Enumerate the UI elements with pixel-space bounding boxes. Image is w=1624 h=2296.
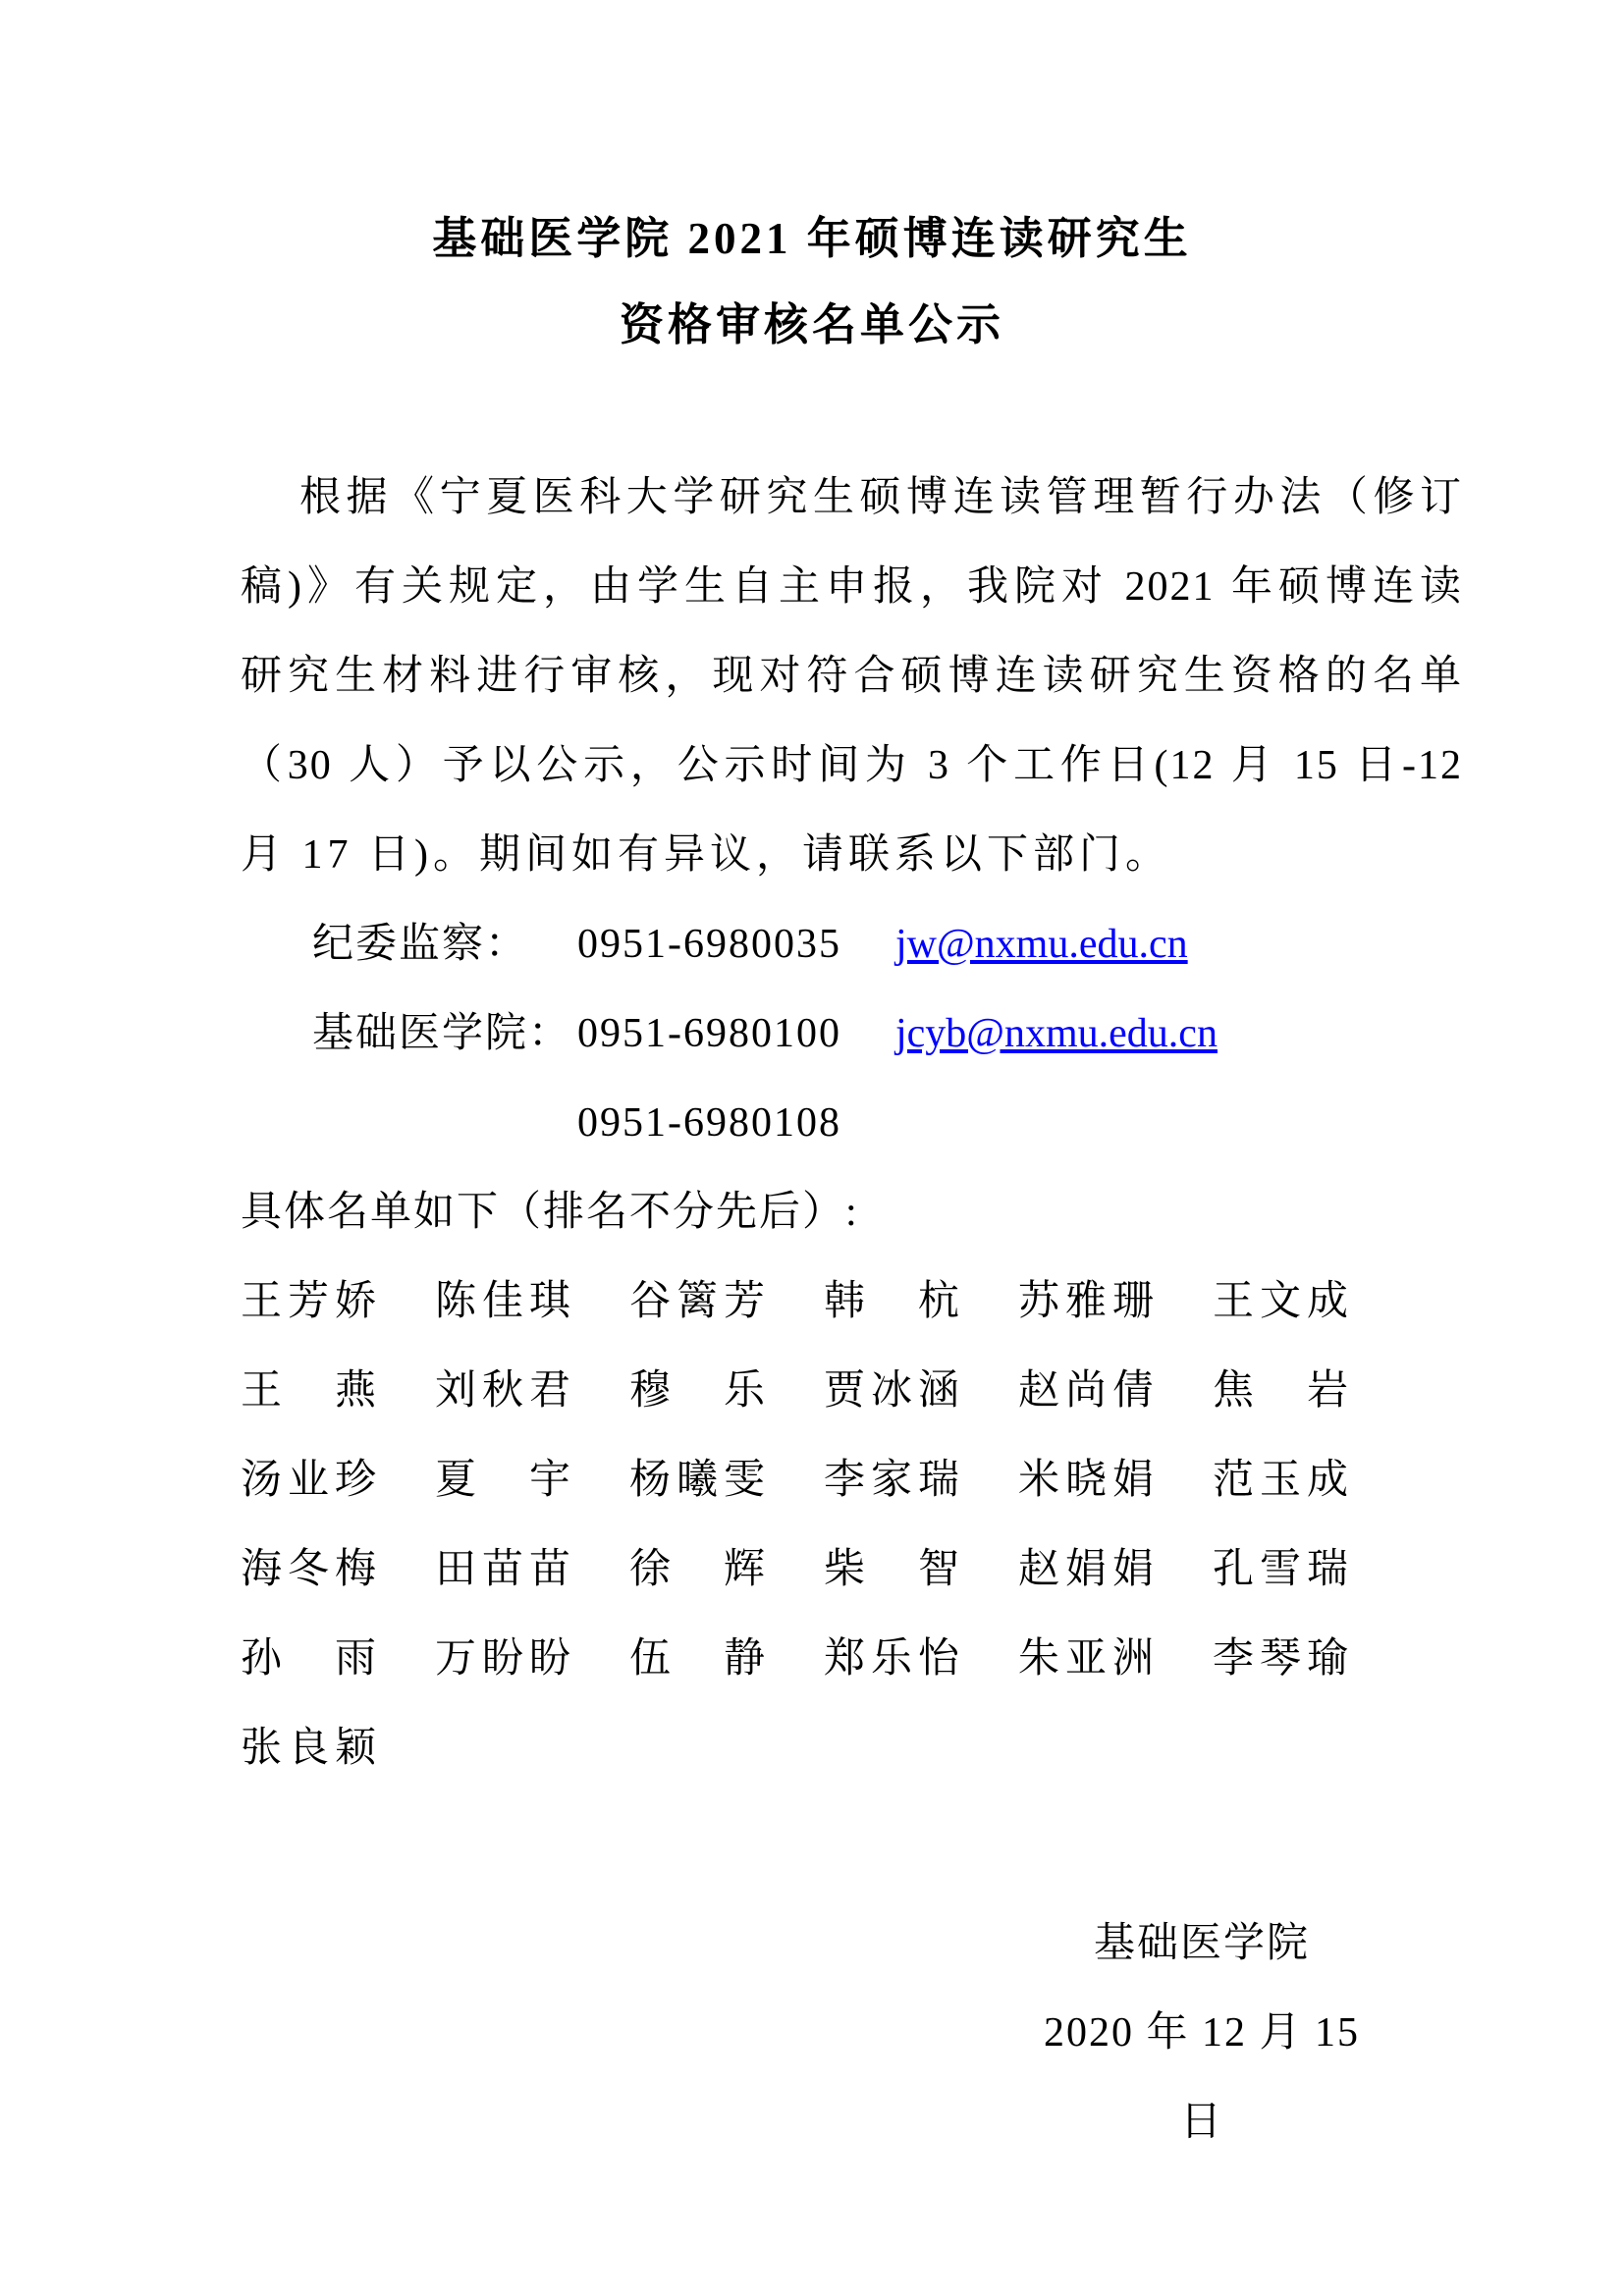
contact-label xyxy=(312,1079,577,1168)
paragraph-line-5: 月 17 日)。期间如有异议，请联系以下部门。 xyxy=(241,811,1463,900)
signature-date: 2020 年 12 月 15 日 xyxy=(1019,1989,1384,2167)
student-name: 徐 辉 xyxy=(629,1525,765,1615)
student-name: 陈佳琪 xyxy=(435,1257,570,1347)
contact-row-extra-phone: 0951-6980108 xyxy=(241,1079,1463,1168)
student-name: 万盼盼 xyxy=(435,1615,570,1704)
contact-label: 基础医学院： xyxy=(312,989,577,1079)
student-name: 郑乐怡 xyxy=(824,1615,959,1704)
student-name xyxy=(1213,1704,1348,1793)
student-name: 米晓娟 xyxy=(1018,1436,1154,1525)
student-name: 杨曦雯 xyxy=(629,1436,765,1525)
student-name xyxy=(824,1704,959,1793)
student-name: 苏雅珊 xyxy=(1018,1257,1154,1347)
student-name: 穆 乐 xyxy=(629,1347,765,1436)
paragraph-line-2: 稿)》有关规定，由学生自主申报，我院对 2021 年硕博连读 xyxy=(241,543,1463,632)
student-name: 李家瑞 xyxy=(824,1436,959,1525)
title-line-1: 基础医学院 2021 年硕博连读研究生 xyxy=(0,195,1624,282)
contact-row-jiwei: 纪委监察： 0951-6980035 jw@nxmu.edu.cn xyxy=(241,900,1463,989)
student-name: 王 燕 xyxy=(241,1347,376,1436)
name-row: 汤业珍 夏 宇 杨曦雯 李家瑞 米晓娟 范玉成 xyxy=(241,1436,1463,1525)
list-intro: 具体名单如下（排名不分先后）: xyxy=(241,1168,1463,1257)
body-paragraph: 根据《宁夏医科大学研究生硕博连读管理暂行办法（修订 稿)》有关规定，由学生自主申… xyxy=(241,454,1463,900)
student-name: 王文成 xyxy=(1213,1257,1348,1347)
name-row: 海冬梅 田苗苗 徐 辉 柴 智 赵娟娟 孔雪瑞 xyxy=(241,1525,1463,1615)
student-name: 范玉成 xyxy=(1213,1436,1348,1525)
signature: 基础医学院 xyxy=(1019,1899,1384,1989)
student-name: 韩 杭 xyxy=(824,1257,959,1347)
student-name: 赵娟娟 xyxy=(1018,1525,1154,1615)
name-row: 孙 雨 万盼盼 伍 静 郑乐怡 朱亚洲 李琴瑜 xyxy=(241,1615,1463,1704)
document-title: 基础医学院 2021 年硕博连读研究生 资格审核名单公示 xyxy=(0,195,1624,368)
student-name: 田苗苗 xyxy=(435,1525,570,1615)
contact-phone: 0951-6980035 xyxy=(577,900,895,989)
contact-row-jichuyixueyuan: 基础医学院： 0951-6980100 jcyb@nxmu.edu.cn xyxy=(241,989,1463,1079)
name-grid: 王芳娇 陈佳琪 谷篱芳 韩 杭 苏雅珊 王文成 王 燕 刘秋君 穆 乐 贾冰涵 … xyxy=(241,1257,1463,1793)
student-name: 焦 岩 xyxy=(1213,1347,1348,1436)
document-page: { "page": { "background": "#ffffff", "te… xyxy=(0,0,1624,2296)
student-name: 谷篱芳 xyxy=(629,1257,765,1347)
student-name: 孔雪瑞 xyxy=(1213,1525,1348,1615)
paragraph-line-1: 根据《宁夏医科大学研究生硕博连读管理暂行办法（修订 xyxy=(241,454,1463,543)
student-name: 赵尚倩 xyxy=(1018,1347,1154,1436)
paragraph-line-4: （30 人）予以公示，公示时间为 3 个工作日(12 月 15 日-12 xyxy=(241,721,1463,811)
student-name: 张良颖 xyxy=(241,1704,376,1793)
name-row: 王 燕 刘秋君 穆 乐 贾冰涵 赵尚倩 焦 岩 xyxy=(241,1347,1463,1436)
contact-label: 纪委监察： xyxy=(312,900,577,989)
email-link-jcyb[interactable]: jcyb@nxmu.edu.cn xyxy=(895,1011,1218,1056)
student-name: 柴 智 xyxy=(824,1525,959,1615)
email-link-jw[interactable]: jw@nxmu.edu.cn xyxy=(895,922,1188,967)
contact-phone: 0951-6980108 xyxy=(577,1079,895,1168)
footer-signature-block: 基础医学院 2020 年 12 月 15 日 xyxy=(1019,1899,1384,2167)
name-row: 王芳娇 陈佳琪 谷篱芳 韩 杭 苏雅珊 王文成 xyxy=(241,1257,1463,1347)
student-name: 孙 雨 xyxy=(241,1615,376,1704)
student-name: 海冬梅 xyxy=(241,1525,376,1615)
student-name: 贾冰涵 xyxy=(824,1347,959,1436)
student-name xyxy=(629,1704,765,1793)
student-name: 朱亚洲 xyxy=(1018,1615,1154,1704)
contact-phone: 0951-6980100 xyxy=(577,989,895,1079)
name-row: 张良颖 xyxy=(241,1704,1463,1793)
contact-email: jcyb@nxmu.edu.cn xyxy=(895,989,1218,1079)
student-name: 刘秋君 xyxy=(435,1347,570,1436)
student-name: 王芳娇 xyxy=(241,1257,376,1347)
contact-section: 纪委监察： 0951-6980035 jw@nxmu.edu.cn 基础医学院：… xyxy=(241,900,1463,1168)
student-name xyxy=(435,1704,570,1793)
contact-email: jw@nxmu.edu.cn xyxy=(895,900,1188,989)
student-name xyxy=(1018,1704,1154,1793)
paragraph-line-3: 研究生材料进行审核，现对符合硕博连读研究生资格的名单 xyxy=(241,632,1463,721)
title-line-2: 资格审核名单公示 xyxy=(0,282,1624,368)
student-name: 伍 静 xyxy=(629,1615,765,1704)
student-name: 汤业珍 xyxy=(241,1436,376,1525)
student-name: 李琴瑜 xyxy=(1213,1615,1348,1704)
student-name: 夏 宇 xyxy=(435,1436,570,1525)
